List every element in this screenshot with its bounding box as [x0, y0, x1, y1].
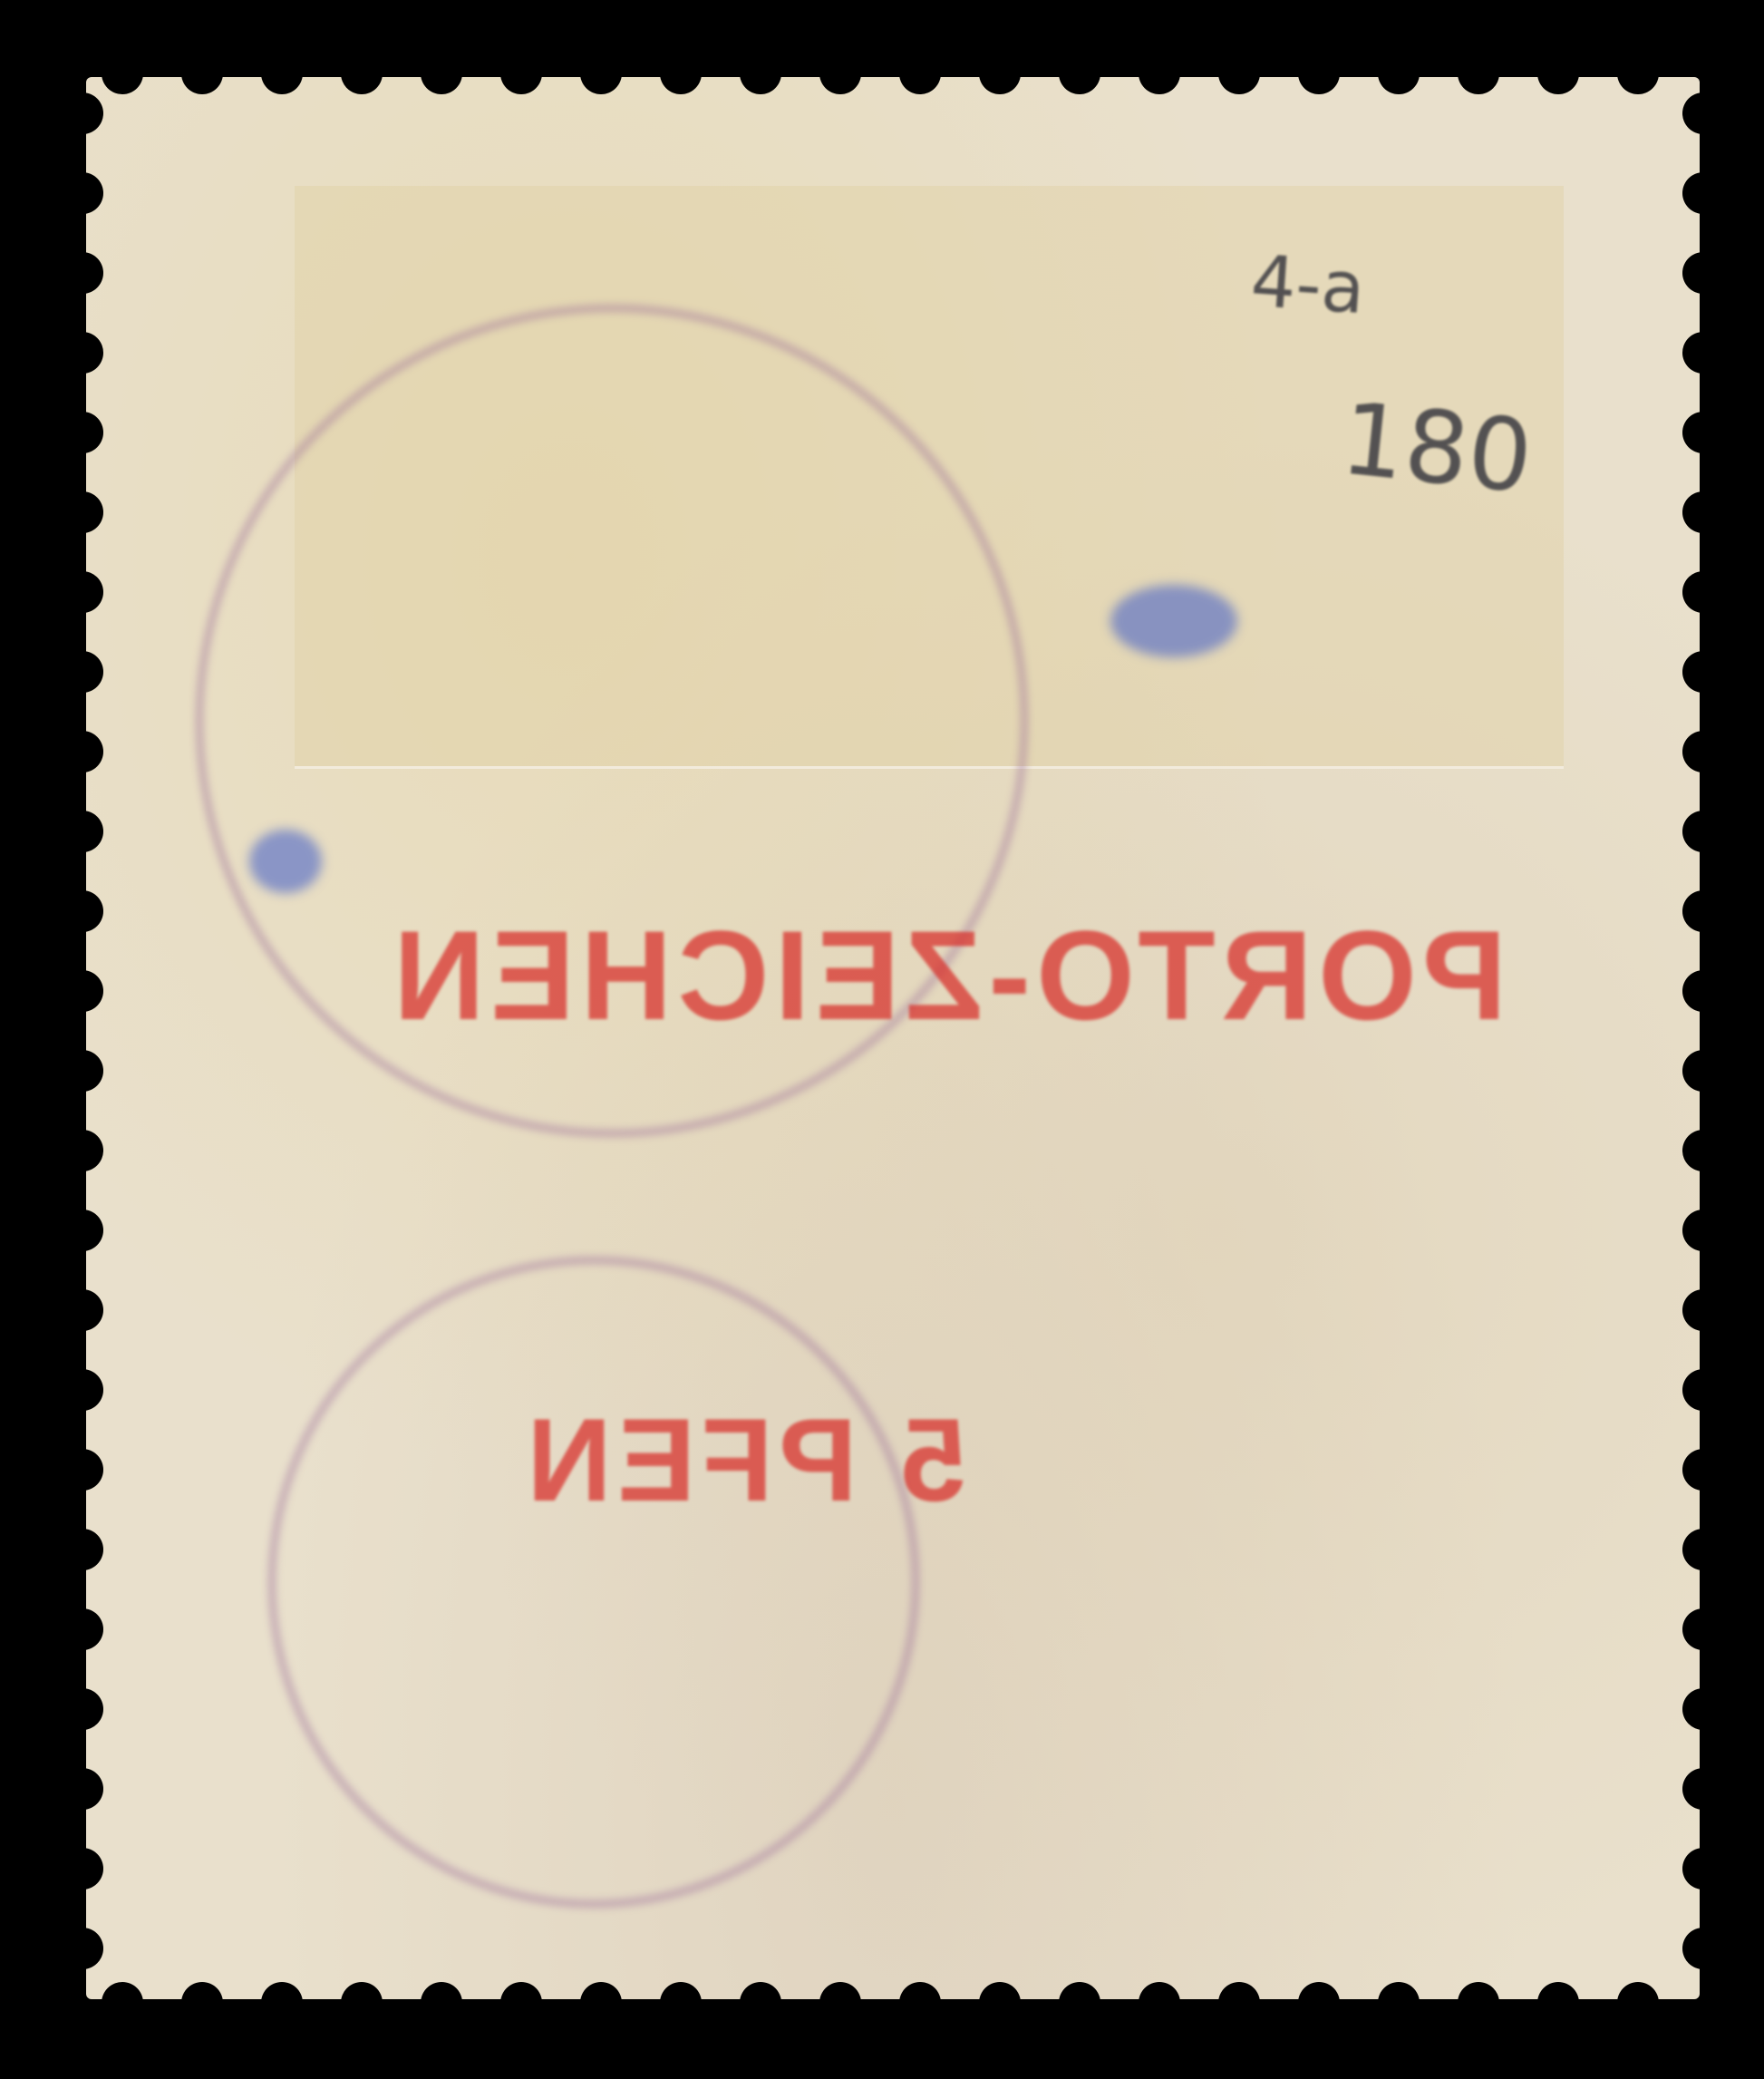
stamp-back: PORTO-ZEICHEN 5 PFEN [86, 77, 1700, 1999]
blue-mark [1110, 585, 1237, 657]
blue-mark [249, 830, 322, 893]
pencil-notation-line1: 4-a [1248, 241, 1368, 331]
show-through-text-line1: PORTO-ZEICHEN [272, 902, 1623, 1049]
cancel-mark [267, 1256, 920, 1909]
pencil-notation-line2: 180 [1336, 380, 1537, 515]
show-through-text-line2: 5 PFEN [521, 1392, 966, 1528]
